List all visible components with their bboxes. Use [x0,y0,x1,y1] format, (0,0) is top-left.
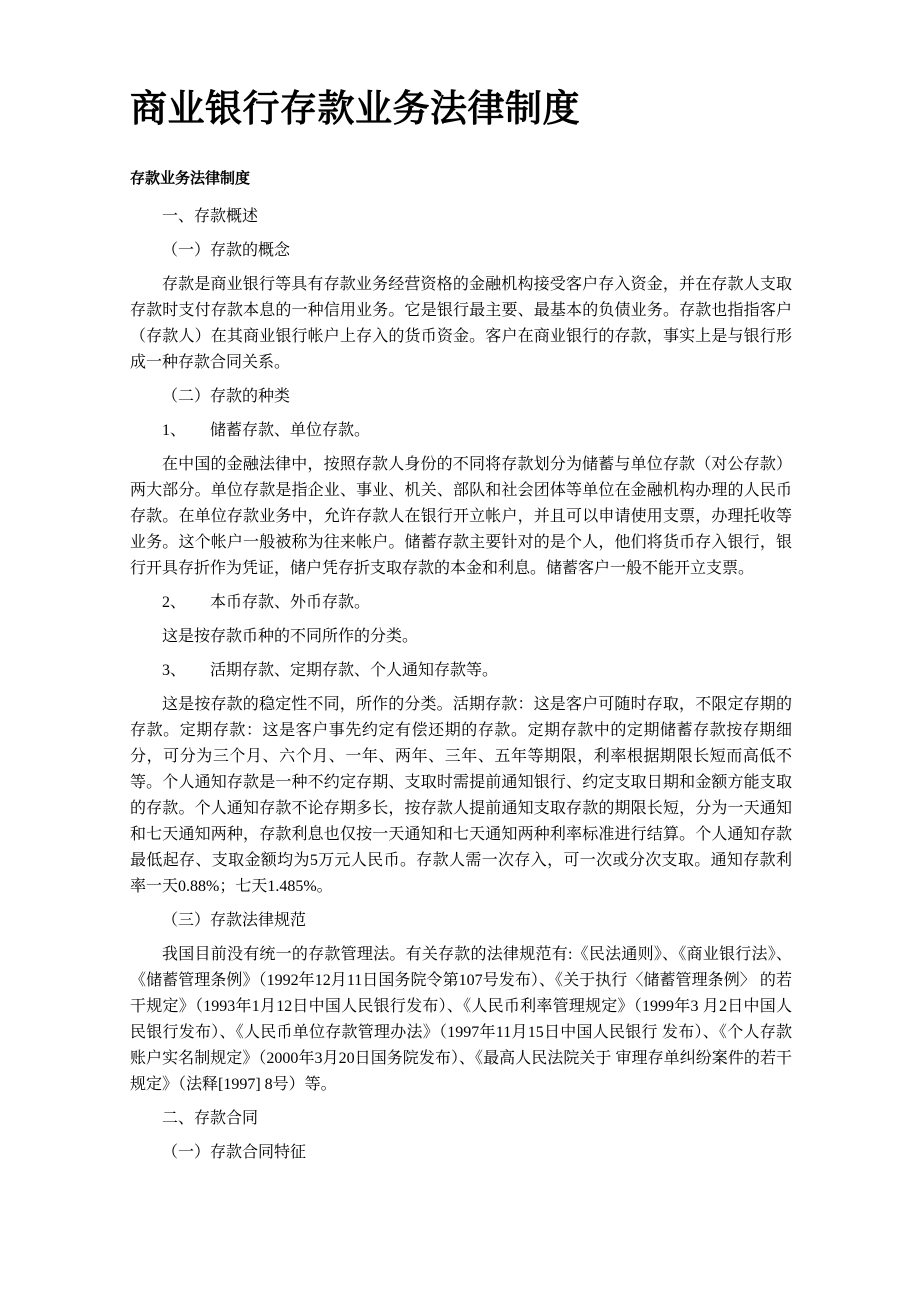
list-item-term-deposit: 3、活期存款、定期存款、个人通知存款等。 [130,658,792,684]
item-label: 储蓄存款、单位存款。 [210,422,370,439]
section-heading-deposit-contract: 二、存款合同 [130,1106,792,1132]
doc-body: 一、存款概述 （一）存款的概念 存款是商业银行等具有存款业务经营资格的金融机构接… [130,204,792,1166]
document-page: 商业银行存款业务法律制度 存款业务法律制度 一、存款概述 （一）存款的概念 存款… [0,0,920,1302]
item-number: 3、 [162,658,210,684]
paragraph-deposit-concept: 存款是商业银行等具有存款业务经营资格的金融机构接受客户存入资金，并在存款人支取存… [130,272,792,376]
item-number: 1、 [162,418,210,444]
paragraph-savings-unit-deposit: 在中国的金融法律中，按照存款人身份的不同将存款划分为储蓄与单位存款（对公存款）两… [130,452,792,582]
item-number: （二） [162,384,210,410]
list-item-currency-deposit: 2、本币存款、外币存款。 [130,590,792,616]
paragraph-term-deposit: 这是按存款的稳定性不同，所作的分类。活期存款：这是客户可随时存取，不限定存期的存… [130,692,792,900]
item-label: 存款的种类 [210,388,290,405]
item-label: 存款法律规范 [210,912,306,929]
subsection-heading-contract-features: （一）存款合同特征 [130,1140,792,1166]
subsection-heading-deposit-regulations: （三）存款法律规范 [130,908,792,934]
paragraph-currency-deposit: 这是按存款币种的不同所作的分类。 [130,624,792,650]
item-label: 本币存款、外币存款。 [210,594,370,611]
item-number: 2、 [162,590,210,616]
doc-title: 商业银行存款业务法律制度 [130,88,792,132]
doc-subtitle: 存款业务法律制度 [130,168,792,190]
section-heading-deposit-overview: 一、存款概述 [130,204,792,230]
subsection-heading-deposit-concept: （一）存款的概念 [130,238,792,264]
item-label: 活期存款、定期存款、个人通知存款等。 [210,662,498,679]
list-item-savings-unit-deposit: 1、储蓄存款、单位存款。 [130,418,792,444]
paragraph-deposit-regulations: 我国目前没有统一的存款管理法。有关存款的法律规范有:《民法通则》、《商业银行法》… [130,942,792,1098]
subsection-heading-deposit-types: （二）存款的种类 [130,384,792,410]
item-number: （三） [162,908,210,934]
